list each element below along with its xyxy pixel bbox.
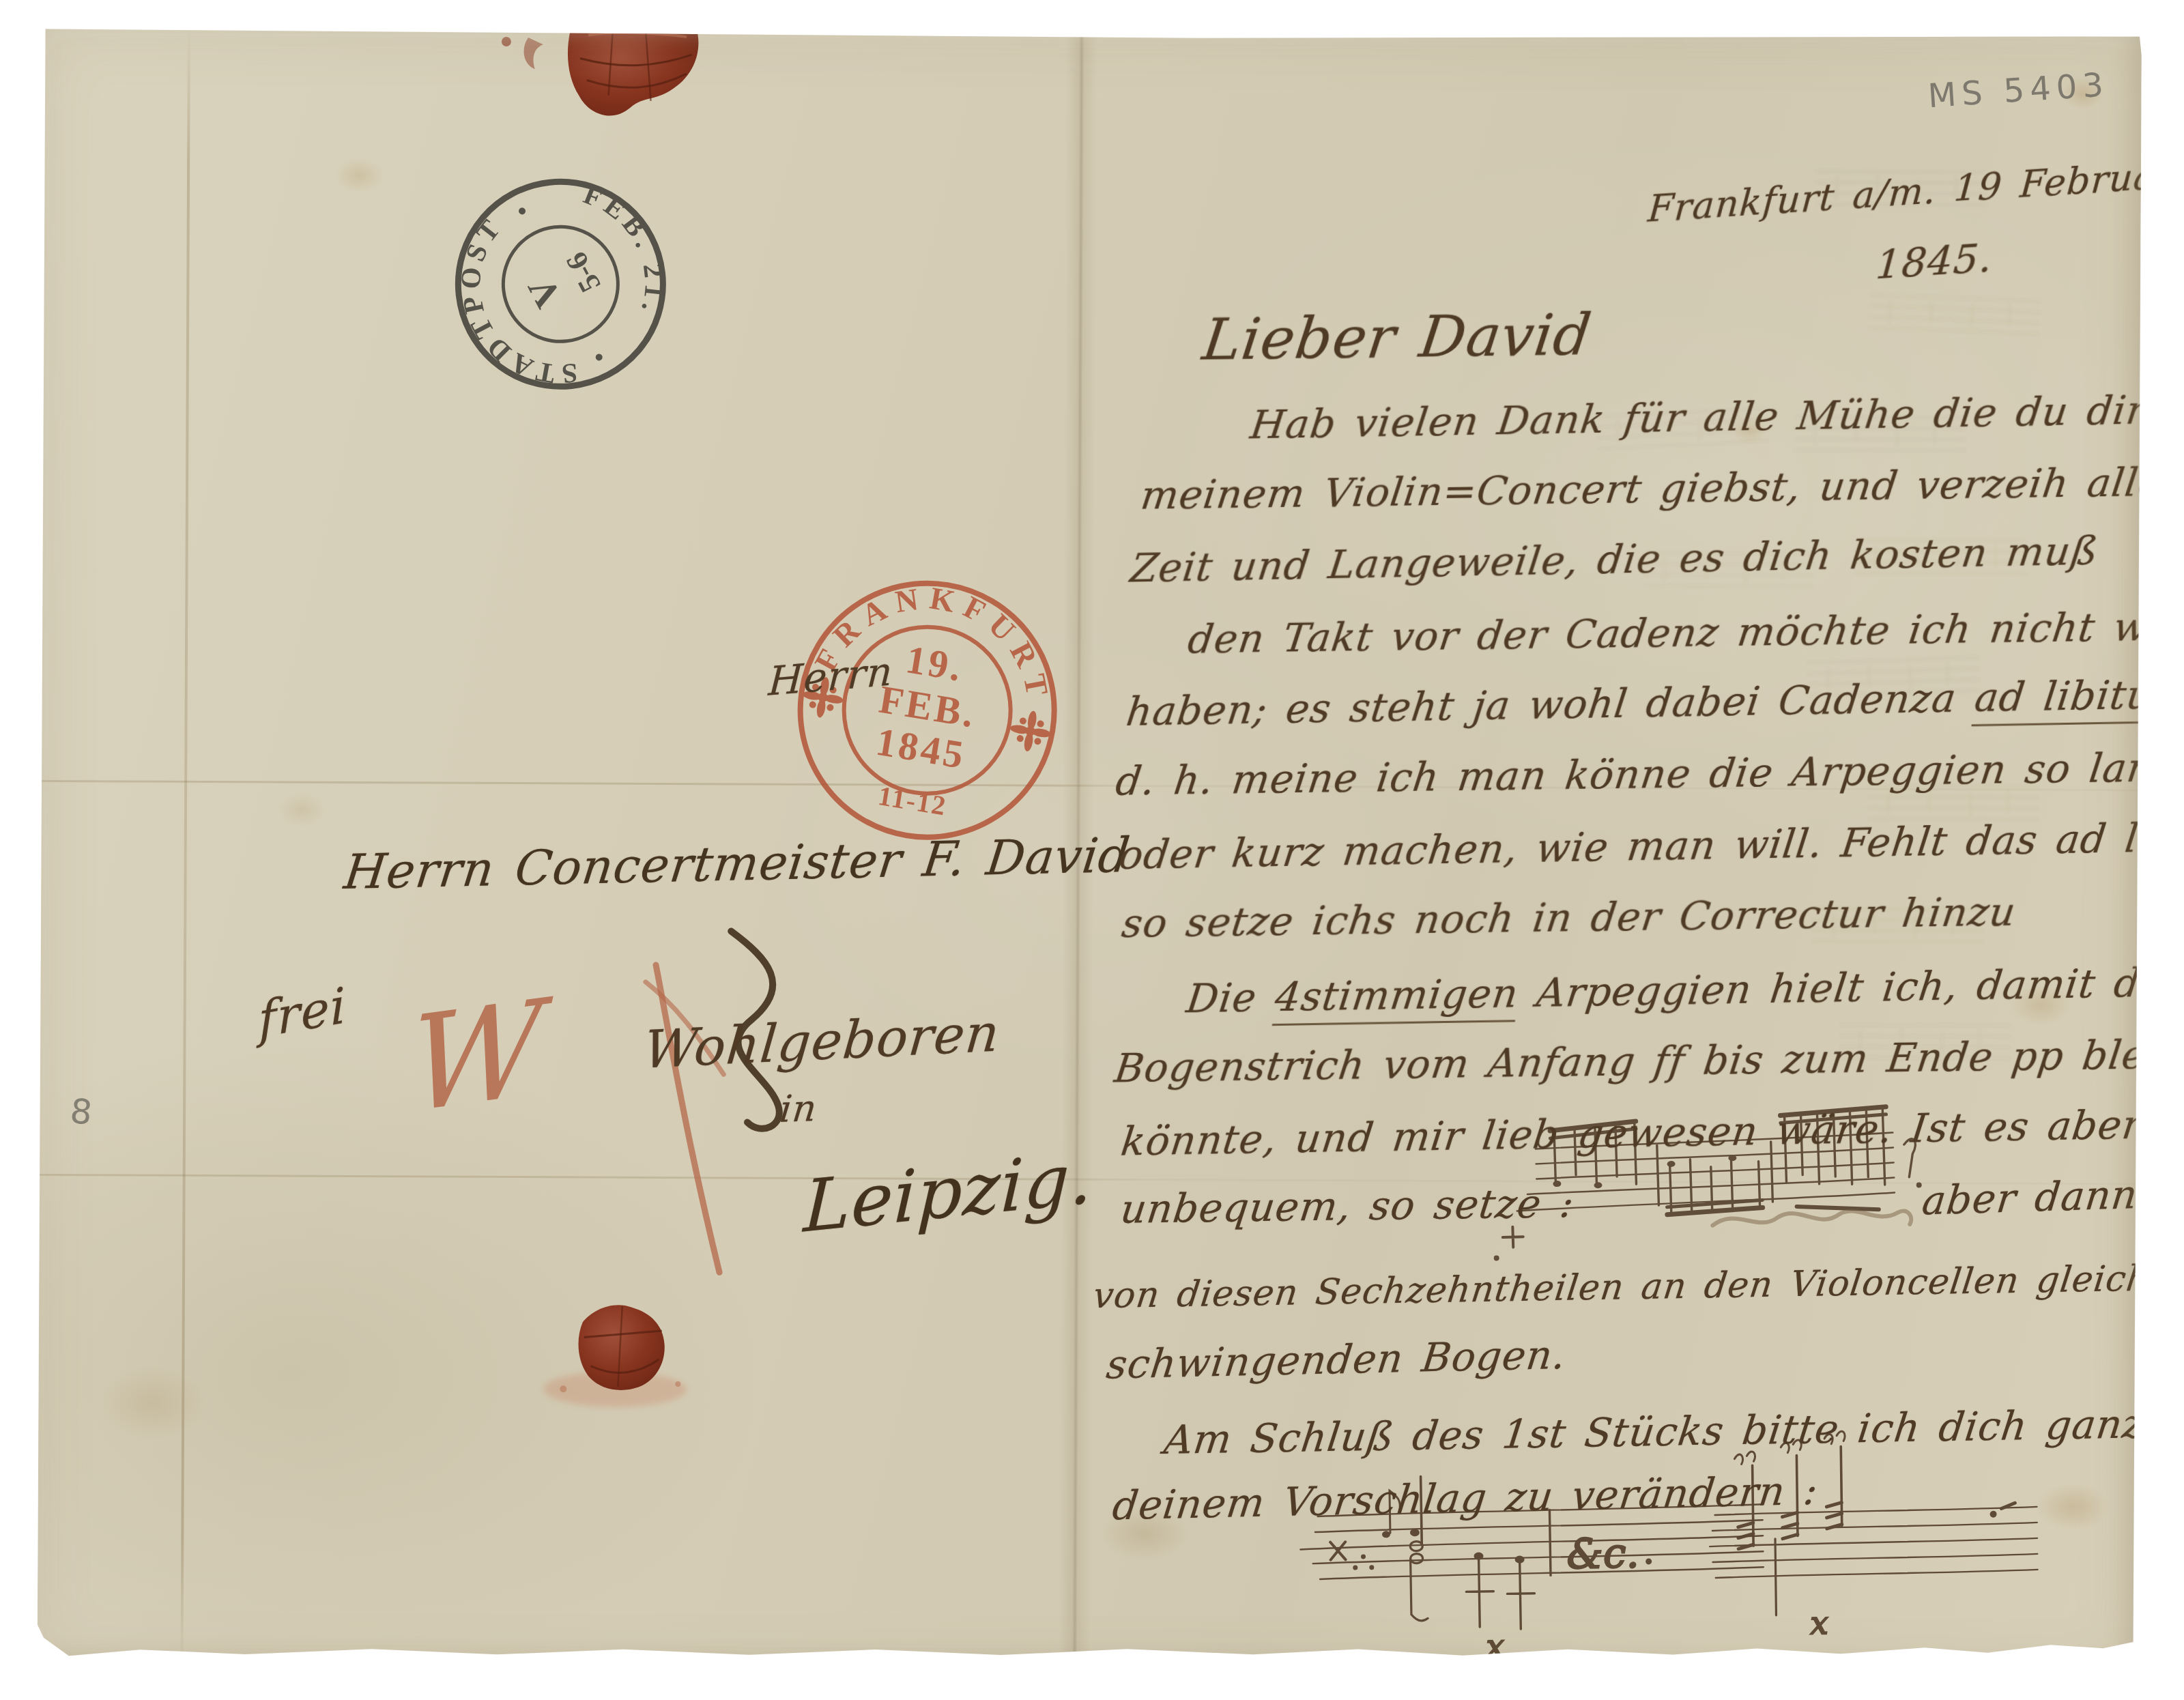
wax-seal-top [501, 27, 698, 116]
faded-scribble-word [1712, 1210, 1911, 1226]
red-chalk-paraph [644, 931, 780, 1273]
letter-sheet: STADTPOST FEB. 21. V 5-6 FRANKFURT 19. F… [35, 27, 2142, 1676]
address-in-text: in [778, 1086, 820, 1131]
svg-text:FEB. 21.: FEB. 21. [570, 162, 695, 331]
salutation: Lieber David [1199, 301, 1596, 373]
letter-line-12: unbequem, so setze : [1118, 1180, 1577, 1233]
x-mark-left: x [1486, 1628, 1504, 1665]
red-chalk-initial: W [407, 971, 546, 1142]
pencil-page-number-text: 8 [68, 1091, 94, 1133]
stadtpost-postmark: STADTPOST FEB. 21. V 5-6 [419, 142, 706, 424]
pencil-page-number: 8 [68, 1091, 94, 1133]
stadtpost-ring-top-text: STADTPOST [420, 204, 590, 423]
red-chalk-initial-text: W [407, 971, 546, 1142]
etc-mark: &c. [1566, 1529, 1639, 1579]
dateline-line2: 1845. [1874, 233, 1994, 288]
svg-text:STADTPOST: STADTPOST [420, 204, 590, 423]
frankfurt-postmark: FRANKFURT 19. FEB. 1845 11-12 [781, 562, 1073, 856]
scanned-letter-photo: STADTPOST FEB. 21. V 5-6 FRANKFURT 19. F… [0, 0, 2184, 1700]
address-in: in [778, 1086, 820, 1131]
x-mark-right: x [1810, 1604, 1828, 1641]
frankfurt-time-code: 11-12 [876, 780, 949, 822]
letter-line-12-continuation: aber dann [1920, 1171, 2140, 1224]
dateline-line2-text: 1845. [1874, 233, 1994, 288]
stadtpost-ring-bottom-text: FEB. 21. [570, 162, 695, 331]
salutation-text: Lieber David [1199, 301, 1596, 373]
stadtpost-center-code: V [520, 270, 571, 315]
wax-seal-bottom [543, 1305, 687, 1407]
